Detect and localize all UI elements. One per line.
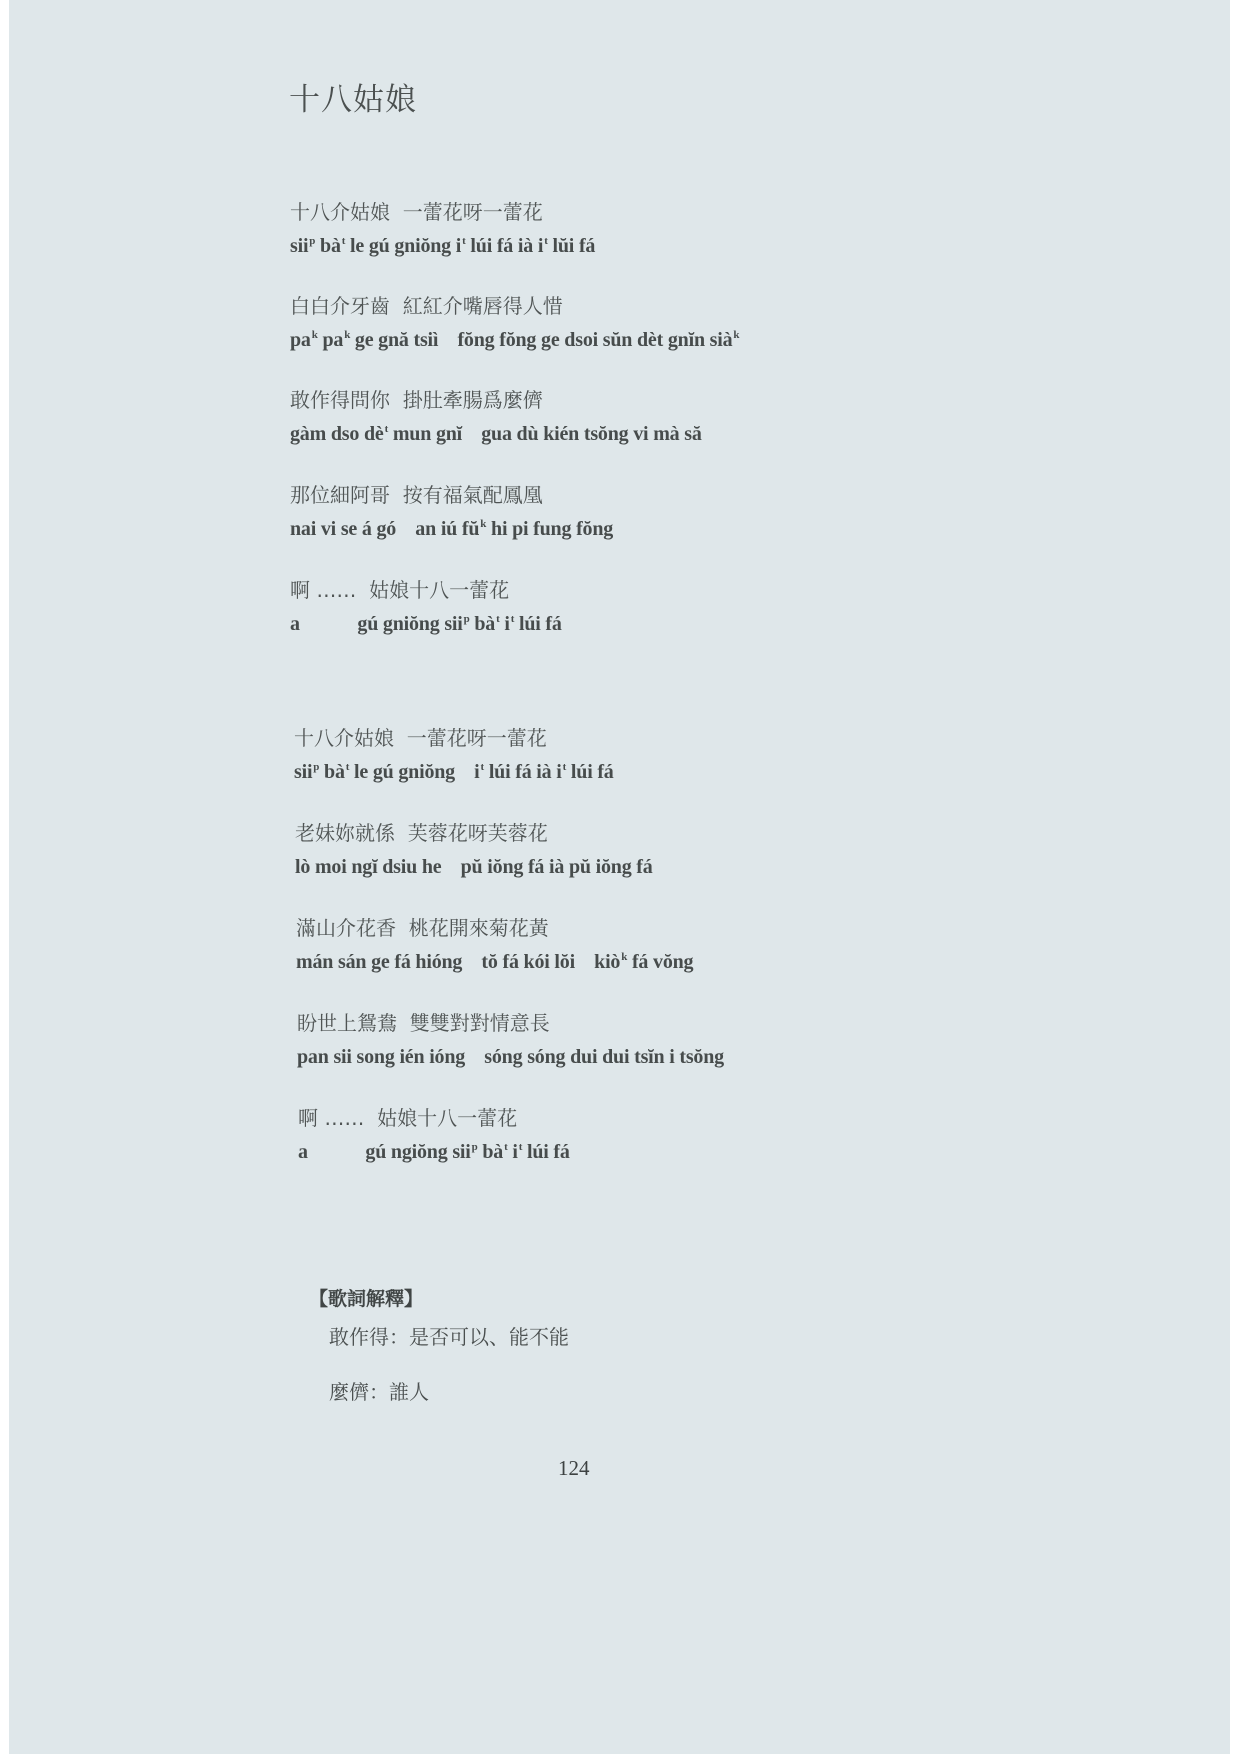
lyric-chinese: 敢作得問你 掛肚牽腸爲麼儕: [290, 384, 543, 413]
lyric-romanization: siip bàt le gú gniŏng it lúi fá ià it lŭ…: [290, 235, 595, 258]
superscript-mark: k: [480, 518, 486, 530]
lyric-chinese: 十八介姑娘 一蕾花呀一蕾花: [290, 196, 543, 225]
lyric-romanization: gàm dso dèt mun gnĭ gua dù kién tsŏng vi…: [290, 423, 702, 446]
lyric-chinese: 盼世上鴛鴦 雙雙對對情意長: [297, 1007, 550, 1036]
lyric-chinese: 十八介姑娘 一蕾花呀一蕾花: [294, 722, 547, 751]
superscript-mark: p: [464, 613, 470, 625]
document-page: 十八姑娘 十八介姑娘 一蕾花呀一蕾花 siip bàt le gú gniŏng…: [9, 0, 1230, 1754]
stanza: 啊 …… 姑娘十八一蕾花 a gú gniŏng siip bàt it lúi…: [290, 574, 1240, 664]
superscript-mark: k: [344, 329, 350, 341]
page-number: 124: [558, 1456, 590, 1481]
superscript-mark: t: [544, 235, 547, 247]
notes-header: 【歌詞解釋】: [309, 1284, 569, 1311]
lyric-romanization: siip bàt le gú gniŏng it lúi fá ià it lú…: [294, 761, 614, 784]
lyric-chinese: 白白介牙齒 紅紅介嘴唇得人惜: [290, 290, 563, 319]
stanza: 老妹妳就係 芙蓉花呀芙蓉花 lò moi ngĭ dsiu he pŭ iŏng…: [295, 817, 1240, 907]
note-entry: 敢作得：是否可以、能不能: [329, 1321, 569, 1350]
superscript-mark: p: [313, 761, 319, 773]
superscript-mark: k: [621, 951, 627, 963]
superscript-mark: t: [519, 1141, 522, 1153]
stanza: 那位細阿哥 按有福氣配鳳凰 nai vi se á gó an iú fŭk h…: [290, 479, 1240, 569]
superscript-mark: p: [472, 1141, 478, 1153]
lyric-romanization: lò moi ngĭ dsiu he pŭ iŏng fá ià pŭ iŏng…: [295, 856, 653, 879]
lyric-chinese: 啊 …… 姑娘十八一蕾花: [298, 1102, 517, 1131]
lyric-romanization: pak pak ge gnă tsiì fŏng fŏng ge dsoi sŭ…: [290, 329, 739, 352]
lyric-romanization: a gú ngiŏng siip bàt it lúi fá: [298, 1141, 570, 1164]
stanza: 白白介牙齒 紅紅介嘴唇得人惜 pak pak ge gnă tsiì fŏng …: [290, 290, 1240, 380]
superscript-mark: p: [309, 235, 315, 247]
lyric-chinese: 那位細阿哥 按有福氣配鳳凰: [290, 479, 543, 508]
superscript-mark: t: [481, 761, 484, 773]
stanza: 啊 …… 姑娘十八一蕾花 a gú ngiŏng siip bàt it lúi…: [298, 1102, 1240, 1192]
superscript-mark: t: [511, 613, 514, 625]
superscript-mark: t: [462, 235, 465, 247]
stanza: 盼世上鴛鴦 雙雙對對情意長 pan sii song ién ióng sóng…: [297, 1007, 1240, 1097]
superscript-mark: t: [346, 761, 349, 773]
lyric-chinese: 老妹妳就係 芙蓉花呀芙蓉花: [295, 817, 548, 846]
superscript-mark: k: [733, 329, 739, 341]
lyrics-explanation: 【歌詞解釋】 敢作得：是否可以、能不能 麼儕：誰人: [315, 1284, 569, 1405]
stanza: 十八介姑娘 一蕾花呀一蕾花 siip bàt le gú gniŏng it l…: [294, 722, 1240, 812]
song-title: 十八姑娘: [289, 74, 417, 119]
superscript-mark: t: [385, 423, 388, 435]
stanza: 十八介姑娘 一蕾花呀一蕾花 siip bàt le gú gniŏng it l…: [290, 196, 1240, 286]
note-entry: 麼儕：誰人: [329, 1376, 569, 1405]
lyric-romanization: pan sii song ién ióng sóng sóng dui dui …: [297, 1046, 724, 1069]
lyric-romanization: nai vi se á gó an iú fŭk hi pi fung fŏng: [290, 518, 613, 541]
superscript-mark: t: [504, 1141, 507, 1153]
superscript-mark: t: [563, 761, 566, 773]
stanza: 滿山介花香 桃花開來菊花黃 mán sán ge fá hióng tŏ fá …: [296, 912, 1240, 1002]
lyric-romanization: a gú gniŏng siip bàt it lúi fá: [290, 613, 562, 636]
lyric-romanization: mán sán ge fá hióng tŏ fá kói lŏi kiòk f…: [296, 951, 693, 974]
superscript-mark: t: [342, 235, 345, 247]
stanza: 敢作得問你 掛肚牽腸爲麼儕 gàm dso dèt mun gnĭ gua dù…: [290, 384, 1240, 474]
lyric-chinese: 滿山介花香 桃花開來菊花黃: [296, 912, 549, 941]
superscript-mark: t: [496, 613, 499, 625]
lyric-chinese: 啊 …… 姑娘十八一蕾花: [290, 574, 509, 603]
superscript-mark: k: [312, 329, 318, 341]
